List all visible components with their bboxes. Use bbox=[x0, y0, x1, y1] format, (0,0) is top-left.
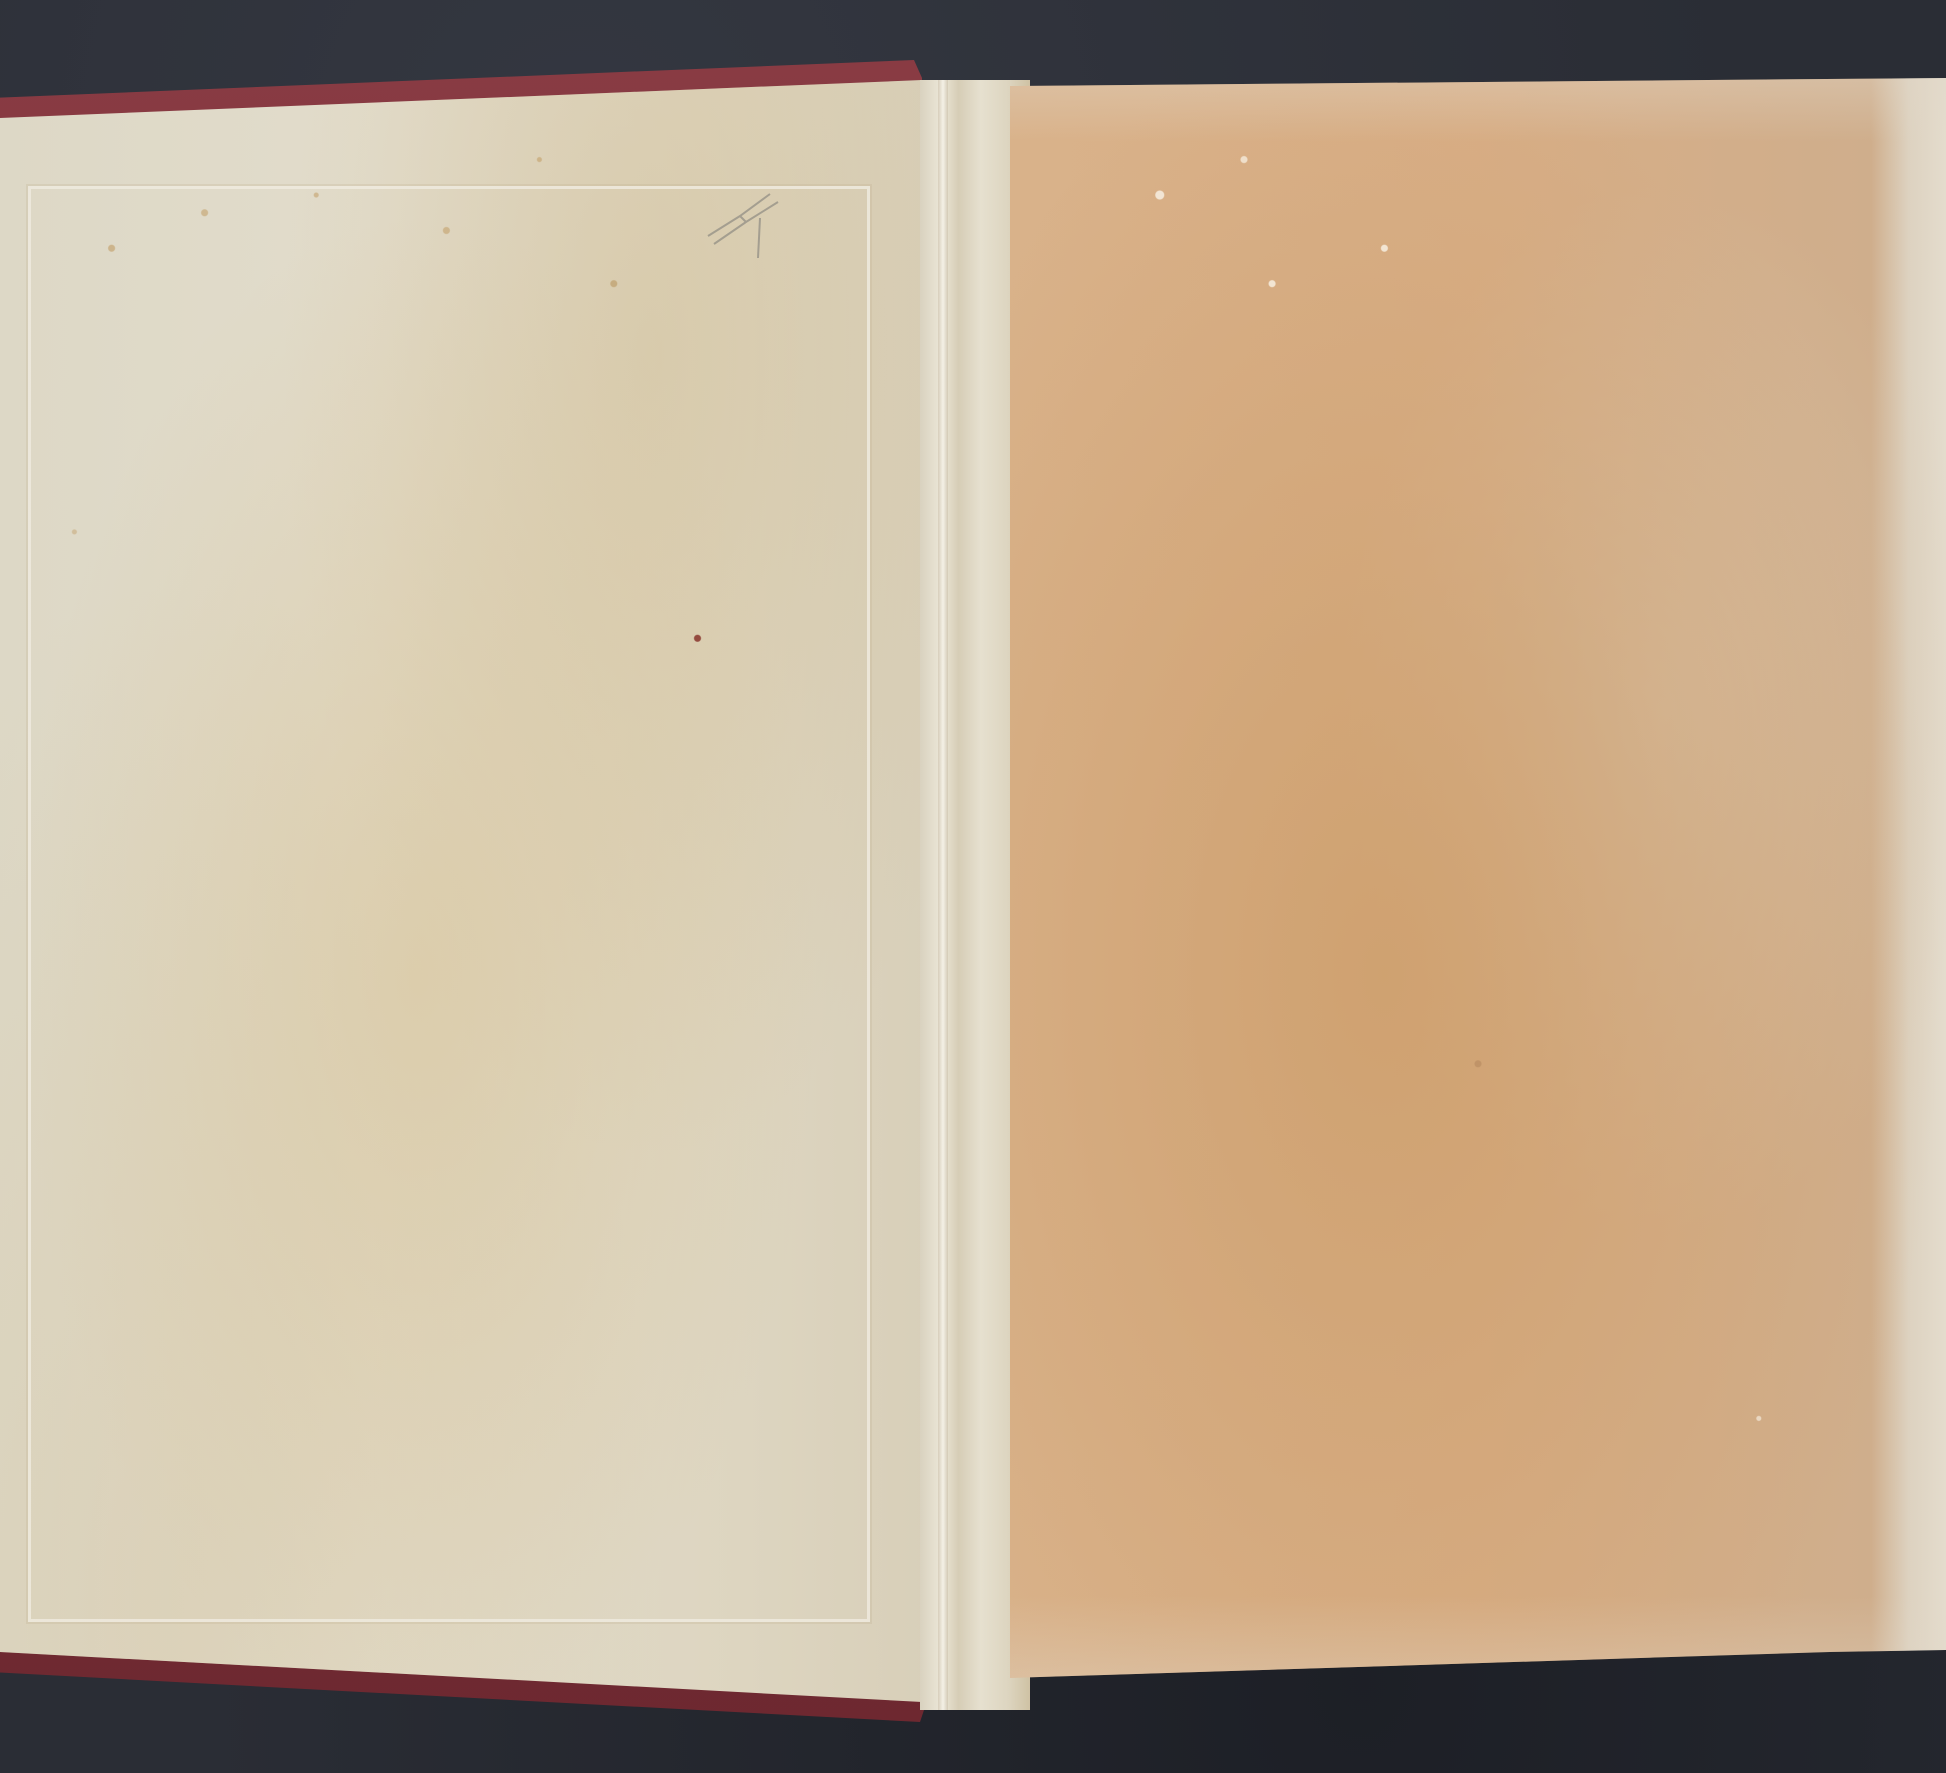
right-flyleaf-page bbox=[1010, 0, 1946, 1773]
flyleaf-foxing-spots bbox=[1010, 0, 1946, 1773]
left-pastedown-page bbox=[0, 0, 930, 1773]
embossed-border-line bbox=[28, 186, 870, 1622]
pencil-scribble-icon bbox=[700, 188, 790, 258]
